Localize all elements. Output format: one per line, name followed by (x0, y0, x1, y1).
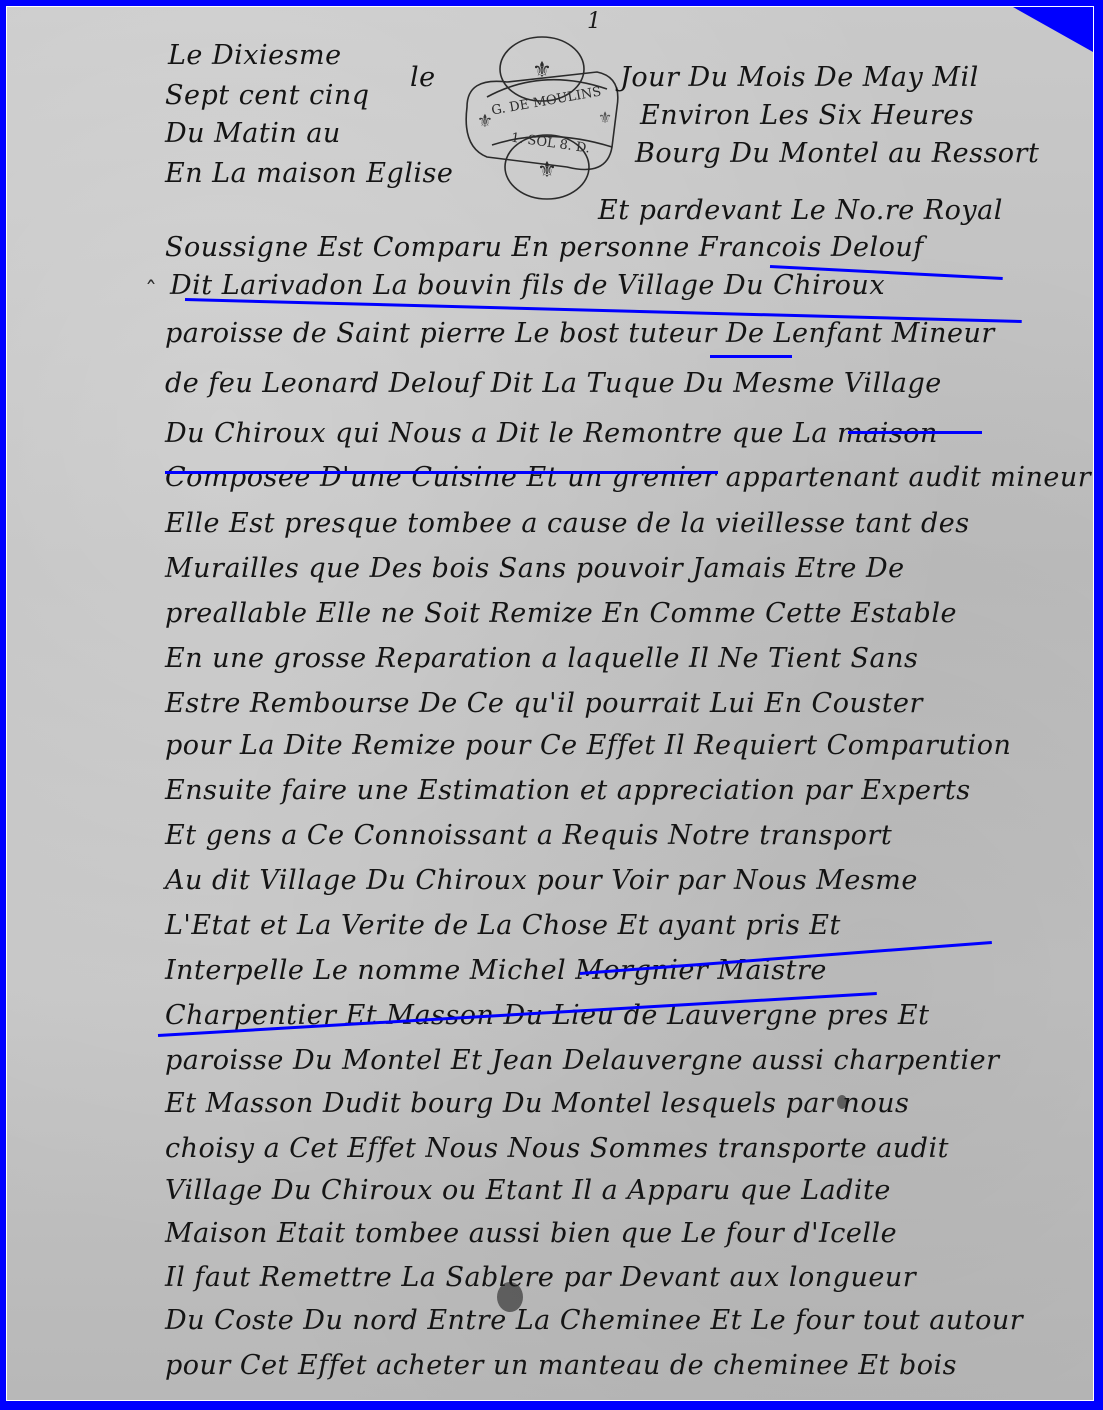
svg-text:⚜: ⚜ (532, 57, 552, 82)
svg-text:⚜: ⚜ (537, 157, 557, 182)
blue-underline (710, 355, 792, 358)
manuscript-line: Jour Du Mois De May Mil (620, 62, 979, 93)
ink-blot (837, 1095, 847, 1109)
manuscript-line: Estre Rembourse De Ce qu'il pourrait Lui… (165, 688, 923, 719)
manuscript-line: Murailles que Des bois Sans pouvoir Jama… (165, 553, 905, 584)
manuscript-line: En une grosse Reparation a laquelle Il N… (165, 643, 918, 674)
manuscript-line: preallable Elle ne Soit Remize En Comme … (165, 598, 957, 629)
torn-corner (1013, 7, 1093, 52)
manuscript-line: L'Etat et La Verite de La Chose Et ayant… (165, 910, 841, 941)
svg-text:⚜: ⚜ (598, 110, 612, 127)
manuscript-line: Ensuite faire une Estimation et apprecia… (165, 775, 971, 806)
manuscript-line: Soussigne Est Comparu En personne Franco… (165, 232, 924, 263)
manuscript-line: Du Chiroux qui Nous a Dit le Remontre qu… (165, 418, 938, 449)
blue-underline (848, 431, 982, 434)
fleur-de-lis-icon: G. DE MOULINS 1. SOL 8. D. ⚜ ⚜ ⚜ ⚜ (447, 27, 632, 207)
manuscript-line: Bourg Du Montel au Ressort (635, 138, 1039, 169)
manuscript-line: pour Cet Effet acheter un manteau de che… (165, 1350, 957, 1381)
manuscript-line: paroisse Du Montel Et Jean Delauvergne a… (165, 1045, 1000, 1076)
tax-stamp: G. DE MOULINS 1. SOL 8. D. ⚜ ⚜ ⚜ ⚜ (447, 27, 632, 207)
manuscript-line: Et gens a Ce Connoissant a Requis Notre … (165, 820, 892, 851)
manuscript-line: Village Du Chiroux ou Etant Il a Apparu … (165, 1175, 891, 1206)
manuscript-line: Sept cent cinq (165, 80, 370, 111)
svg-text:G. DE MOULINS: G. DE MOULINS (490, 85, 602, 119)
manuscript-line: Maison Etait tombee aussi bien que Le fo… (165, 1218, 897, 1249)
manuscript-line: Il faut Remettre La Sablere par Devant a… (165, 1262, 916, 1293)
manuscript-line: paroisse de Saint pierre Le bost tuteur … (165, 318, 995, 349)
blue-underline (165, 471, 718, 474)
manuscript-line: pour La Dite Remize pour Ce Effet Il Req… (165, 730, 1011, 761)
manuscript-line: Et pardevant Le No.re Royal (598, 195, 1003, 226)
manuscript-line: En La maison Eglise (165, 158, 453, 189)
manuscript-line: choisy a Cet Effet Nous Nous Sommes tran… (165, 1133, 949, 1164)
manuscript-line: Elle Est presque tombee a cause de la vi… (165, 508, 970, 539)
manuscript-line: Du Matin au (165, 118, 341, 149)
manuscript-line: de feu Leonard Delouf Dit La Tuque Du Me… (165, 368, 942, 399)
manuscript-line: Dit Larivadon La bouvin fils de Village … (170, 270, 885, 301)
manuscript-line: Au dit Village Du Chiroux pour Voir par … (165, 865, 918, 896)
manuscript-line: Interpelle Le nomme Michel Morgnier Mais… (165, 955, 827, 986)
manuscript-line: Et Masson Dudit bourg Du Montel lesquels… (165, 1088, 909, 1119)
manuscript-line: Composee D'une Cuisine Et un grenier app… (165, 462, 1091, 493)
manuscript-line: Du Coste Du nord Entre La Cheminee Et Le… (165, 1305, 1023, 1336)
svg-text:⚜: ⚜ (477, 111, 493, 131)
manuscript-line: Environ Les Six Heures (640, 100, 974, 131)
ink-blot (497, 1282, 523, 1312)
manuscript-line: Le Dixiesme (168, 40, 342, 71)
manuscript-page: 1 G. DE MOULINS 1. SOL 8. D. ⚜ ⚜ ⚜ ⚜ ˆ L… (7, 7, 1093, 1400)
manuscript-line: le (410, 62, 436, 93)
margin-mark: ˆ (145, 277, 157, 305)
